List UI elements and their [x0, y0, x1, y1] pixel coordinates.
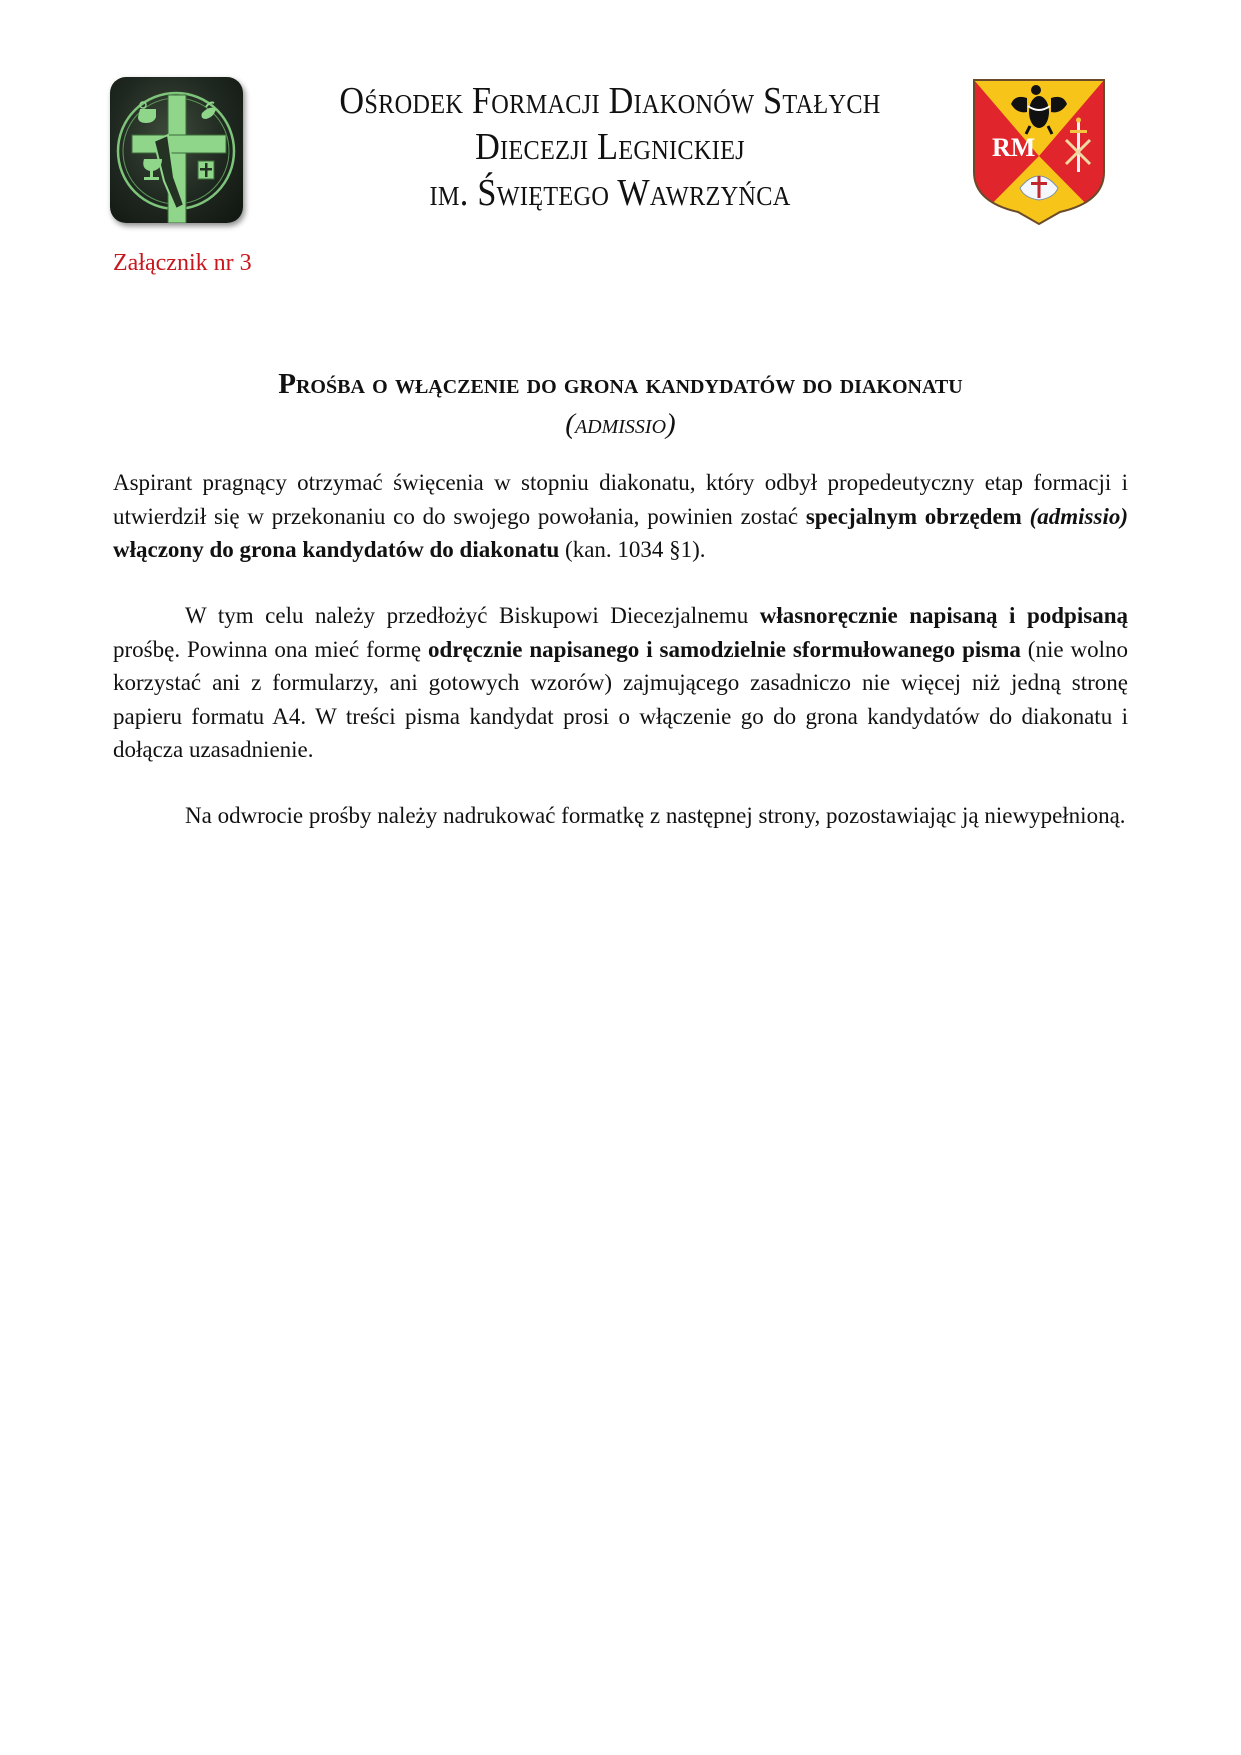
paragraph-2-run-1: W tym celu należy przedłożyć Biskupowi D… [185, 603, 760, 628]
paragraph-3-run-1: Na odwrocie prośby należy nadrukować for… [185, 803, 1126, 828]
paragraph-1: Aspirant pragnący otrzymać święcenia w s… [113, 466, 1128, 567]
paragraph-1-run-5: (kan. 1034 §1). [559, 537, 705, 562]
attachment-number-label: Załącznik nr 3 [113, 250, 252, 277]
diaconate-cross-logo-icon [110, 77, 243, 223]
institution-name-line-1: Ośrodek Formacji Diakonów Stałych [286, 78, 934, 124]
paragraph-1-run-4: włączony do grona kandydatów do diakonat… [113, 537, 559, 562]
paragraph-1-run-2: specjalnym obrzędem [806, 504, 1030, 529]
diocese-coat-of-arms-icon: RM [970, 76, 1108, 226]
paragraph-3: Na odwrocie prośby należy nadrukować for… [113, 799, 1128, 833]
document-page: Ośrodek Formacji Diakonów Stałych Diecez… [0, 0, 1241, 1755]
paragraph-2-run-3: prośbę. Powinna ona mieć formę [113, 637, 428, 662]
paragraph-1-run-3: (admissio) [1030, 504, 1128, 529]
institution-name-line-2: Diecezji Legnickiej [286, 124, 934, 170]
institution-name-line-3: im. Świętego Wawrzyńca [286, 170, 934, 216]
svg-text:RM: RM [992, 133, 1035, 162]
paragraph-2-run-4: odręcznie napisanego i samodzielnie sfor… [428, 637, 1021, 662]
document-subtitle: (admissio) [100, 405, 1141, 443]
document-title: Prośba o włączenie do grona kandydatów d… [100, 365, 1141, 403]
paragraph-2-run-2: własnoręcznie napisaną i podpisaną [760, 603, 1128, 628]
paragraph-2: W tym celu należy przedłożyć Biskupowi D… [113, 599, 1128, 767]
institution-name-heading: Ośrodek Formacji Diakonów Stałych Diecez… [286, 78, 934, 216]
